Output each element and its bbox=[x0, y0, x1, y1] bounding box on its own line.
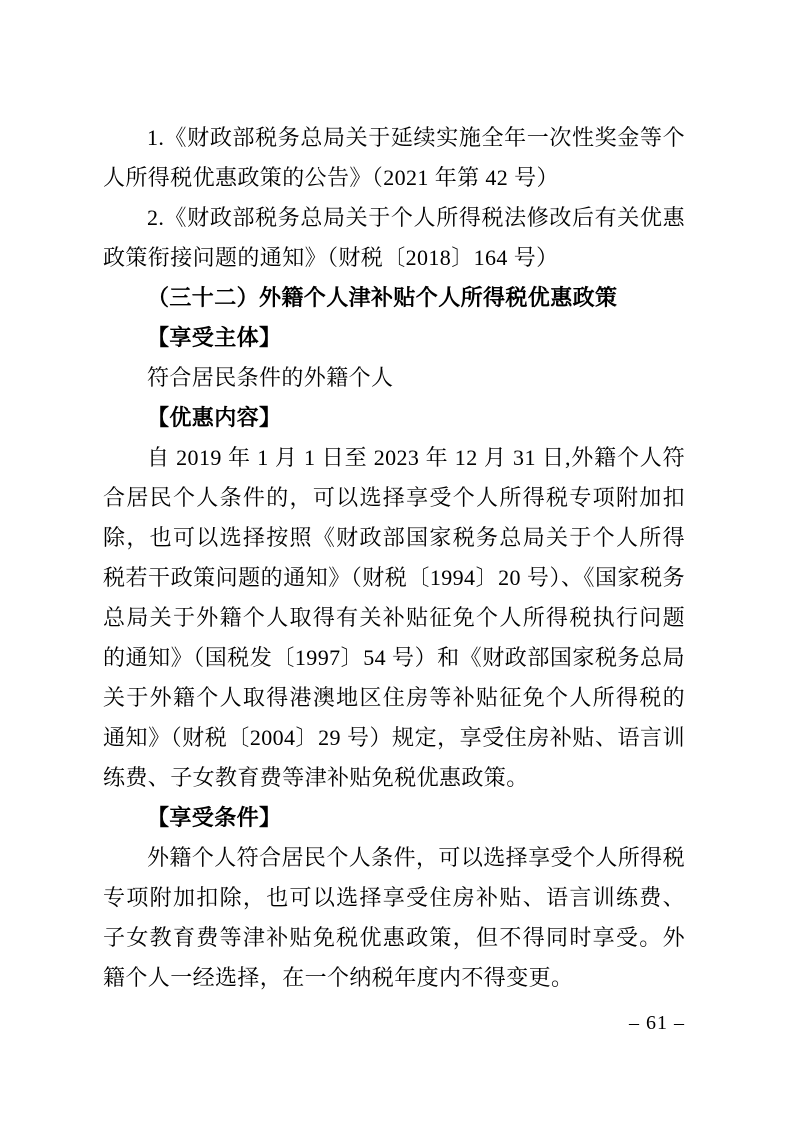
paragraph-benefit-conditions: 外籍个人符合居民个人条件，可以选择享受个人所得税专项附加扣除，也可以选择享受住房… bbox=[103, 838, 685, 998]
label-eligible-subject: 【享受主体】 bbox=[103, 318, 685, 358]
paragraph-eligible-subject: 符合居民条件的外籍个人 bbox=[103, 358, 685, 398]
paragraph-benefit-content: 自 2019 年 1 月 1 日至 2023 年 12 月 31 日,外籍个人符… bbox=[103, 438, 685, 798]
section-heading-32: （三十二）外籍个人津补贴个人所得税优惠政策 bbox=[103, 278, 685, 318]
reference-item-1: 1.《财政部税务总局关于延续实施全年一次性奖金等个人所得税优惠政策的公告》（20… bbox=[103, 118, 685, 198]
page-number: – 61 – bbox=[629, 1010, 685, 1036]
label-benefit-content: 【优惠内容】 bbox=[103, 398, 685, 438]
label-benefit-conditions: 【享受条件】 bbox=[103, 798, 685, 838]
document-body: 1.《财政部税务总局关于延续实施全年一次性奖金等个人所得税优惠政策的公告》（20… bbox=[103, 118, 685, 998]
document-page: 1.《财政部税务总局关于延续实施全年一次性奖金等个人所得税优惠政策的公告》（20… bbox=[0, 0, 793, 1122]
reference-item-2: 2.《财政部税务总局关于个人所得税法修改后有关优惠政策衔接问题的通知》（财税〔2… bbox=[103, 198, 685, 278]
